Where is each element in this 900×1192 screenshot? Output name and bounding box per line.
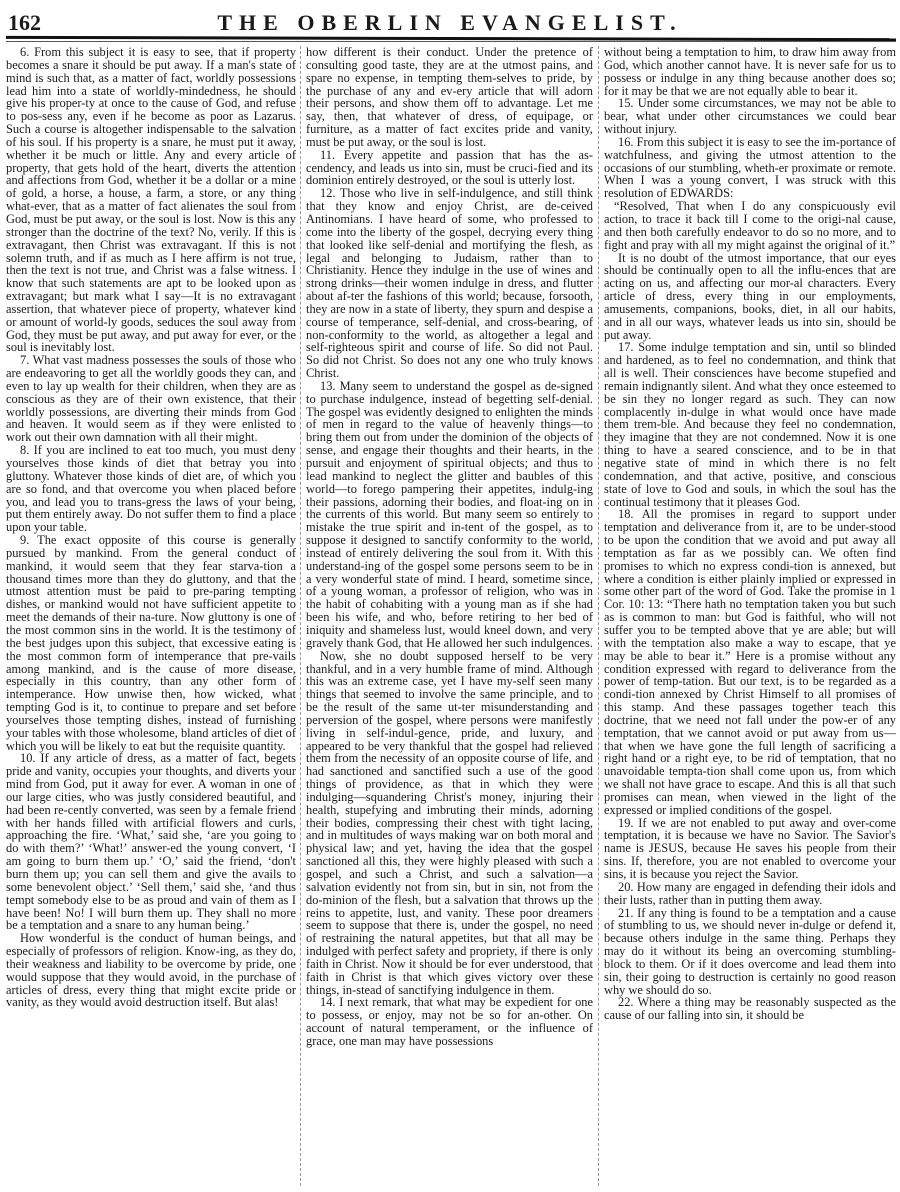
newspaper-page: THE OBERLIN EVANGELIST. 162 6. From this…	[0, 0, 900, 1192]
masthead: THE OBERLIN EVANGELIST. 162	[4, 10, 896, 34]
paragraph: 8. If you are inclined to eat too much, …	[6, 444, 296, 534]
paragraph: 11. Every appetite and passion that has …	[306, 149, 593, 188]
paragraph: How wonderful is the conduct of human be…	[6, 932, 296, 1009]
continued-paragraph: without being a temptation to him, to dr…	[604, 46, 896, 97]
article-columns: 6. From this subject it is easy to see, …	[6, 46, 896, 1186]
newspaper-title: THE OBERLIN EVANGELIST.	[4, 10, 896, 36]
column-3: without being a temptation to him, to dr…	[598, 46, 896, 1186]
block-quote: “Resolved, That when I do any conspicuou…	[604, 200, 896, 251]
paragraph: 13. Many seem to understand the gospel a…	[306, 380, 593, 650]
paragraph: 18. All the promises in regard to suppor…	[604, 508, 896, 816]
page-number: 162	[8, 10, 41, 36]
paragraph: 7. What vast madness possesses the souls…	[6, 354, 296, 444]
paragraph: 10. If any article of dress, as a matter…	[6, 752, 296, 932]
paragraph: 6. From this subject it is easy to see, …	[6, 46, 296, 354]
paragraph: 16. From this subject it is easy to see …	[604, 136, 896, 200]
paragraph: Now, she no doubt supposed herself to be…	[306, 650, 593, 997]
column-1: 6. From this subject it is easy to see, …	[6, 46, 300, 1186]
paragraph: 17. Some indulge temptation and sin, unt…	[604, 341, 896, 508]
paragraph: 22. Where a thing may be reasonably susp…	[604, 996, 896, 1022]
paragraph: 21. If any thing is found to be a tempta…	[604, 907, 896, 997]
paragraph: 9. The exact opposite of this course is …	[6, 534, 296, 752]
column-2: how different is their conduct. Under th…	[300, 46, 598, 1186]
paragraph: 14. I next remark, that what may be expe…	[306, 996, 593, 1047]
paragraph: It is no doubt of the utmost importance,…	[604, 252, 896, 342]
paragraph: 19. If we are not enabled to put away an…	[604, 817, 896, 881]
paragraph: 15. Under some circumstances, we may not…	[604, 97, 896, 136]
continued-paragraph: how different is their conduct. Under th…	[306, 46, 593, 149]
header-rule-thin	[6, 41, 896, 42]
paragraph: 12. Those who live in self-indulgence, a…	[306, 187, 593, 380]
paragraph: 20. How many are engaged in defending th…	[604, 881, 896, 907]
